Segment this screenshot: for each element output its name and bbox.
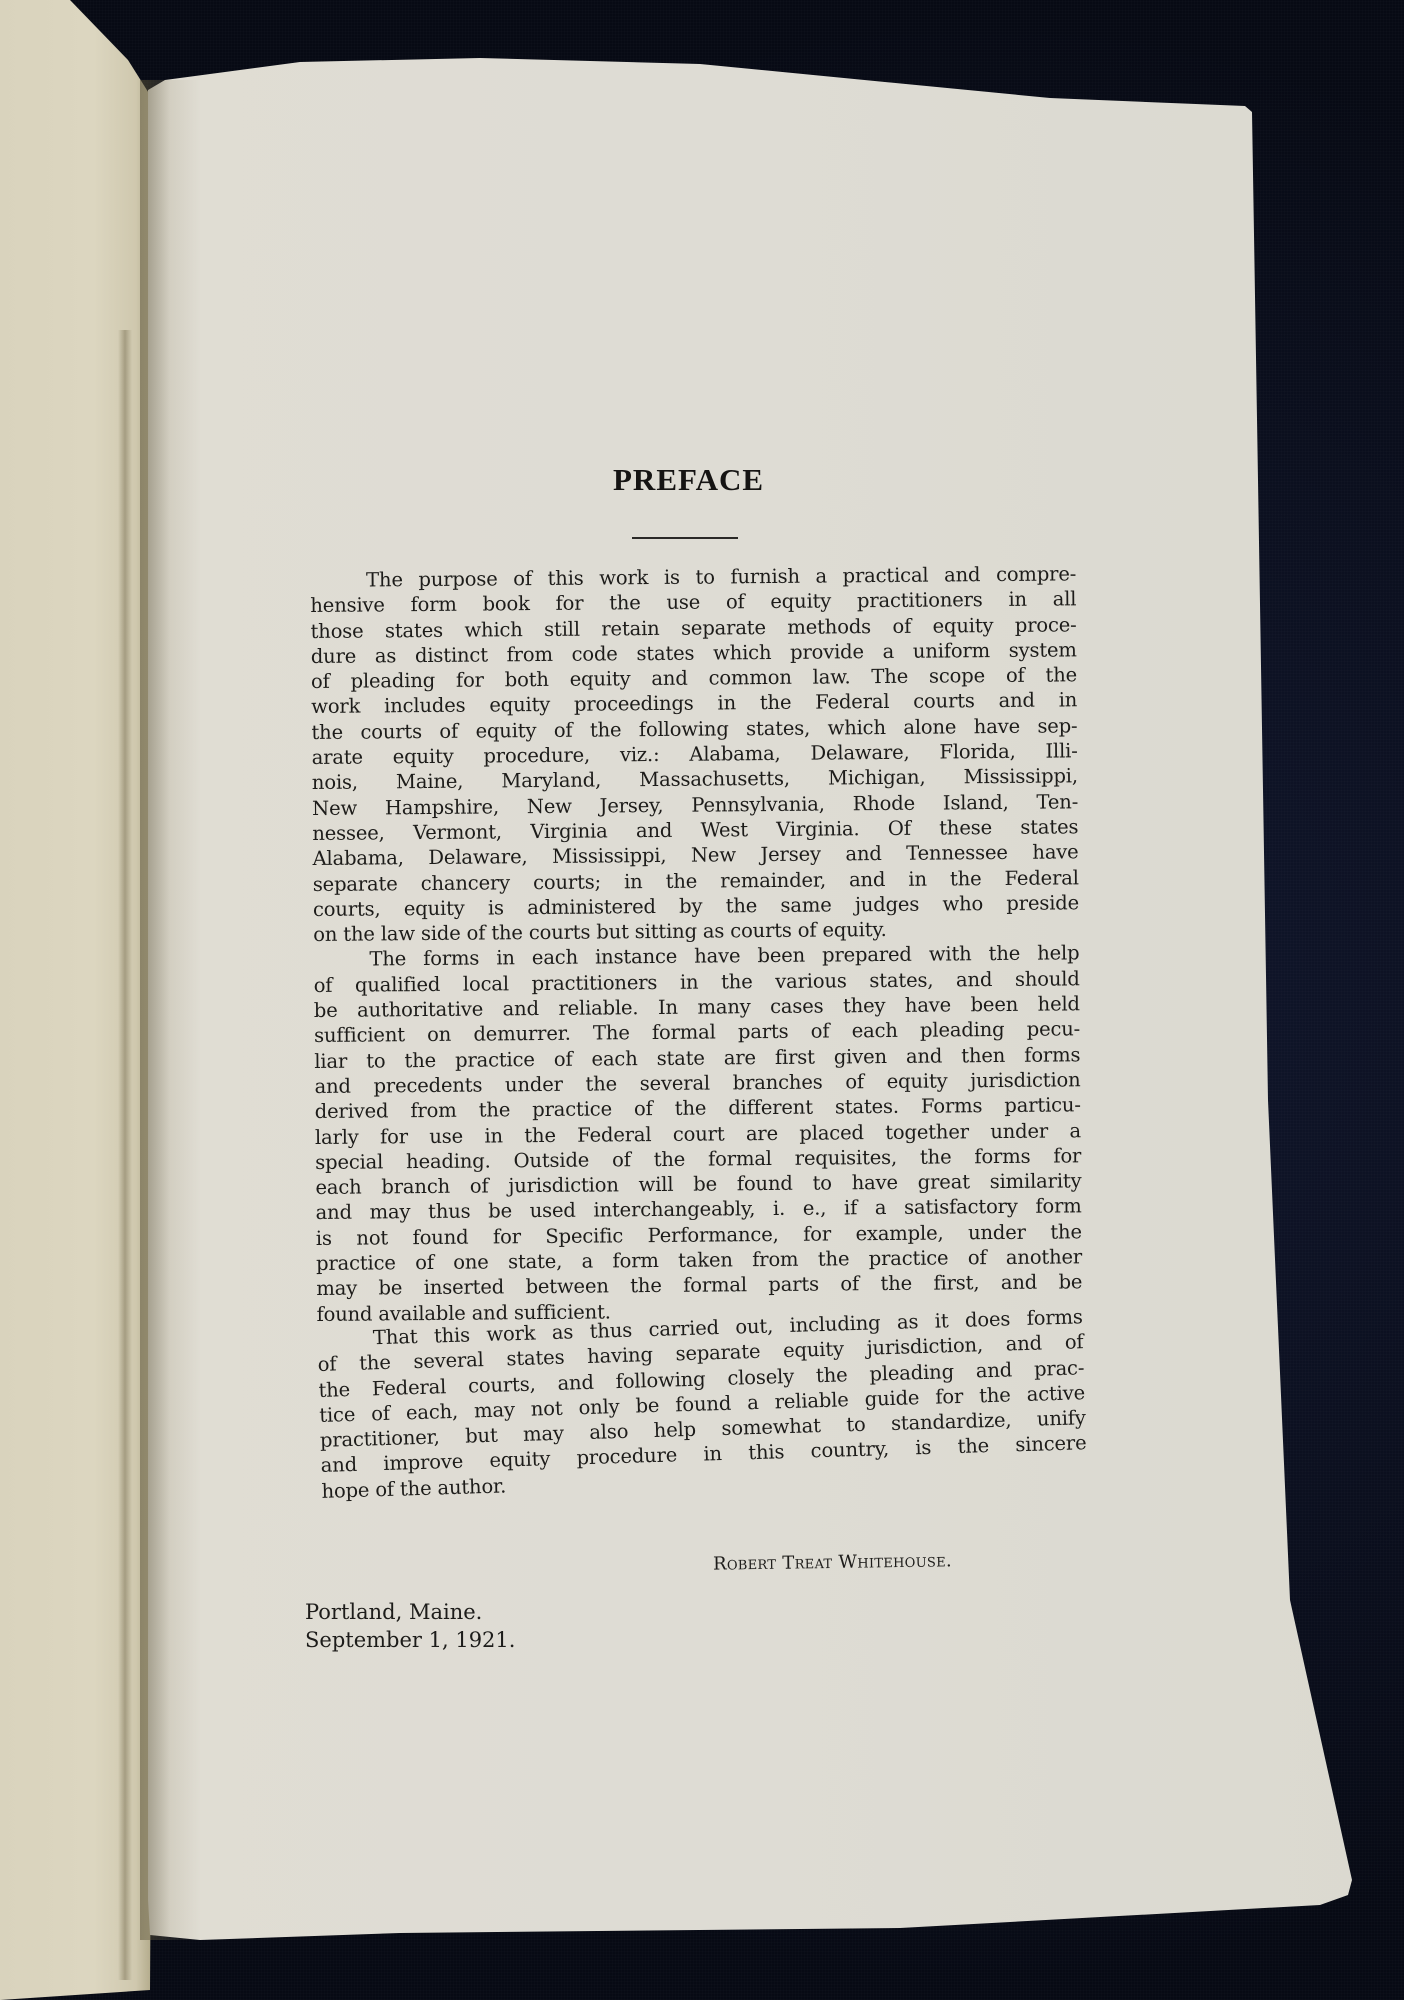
paragraph-2: The forms in each instance have been pre… xyxy=(313,941,1082,1327)
page-title: PREFACE xyxy=(613,462,764,498)
paragraph-1: The purpose of this work is to furnish a… xyxy=(310,561,1079,947)
paragraph-3: That this work as thus carried out, incl… xyxy=(317,1304,1088,1504)
page-content: PREFACE The purpose of this work is to f… xyxy=(0,0,1404,2000)
date: September 1, 1921. xyxy=(305,1626,515,1654)
preface-body: The purpose of this work is to furnish a… xyxy=(310,561,1084,1504)
place: Portland, Maine. xyxy=(305,1598,515,1626)
title-divider xyxy=(632,537,738,539)
author-signature: Robert Treat Whitehouse. xyxy=(713,1550,952,1574)
place-date-block: Portland, Maine. September 1, 1921. xyxy=(305,1598,515,1654)
